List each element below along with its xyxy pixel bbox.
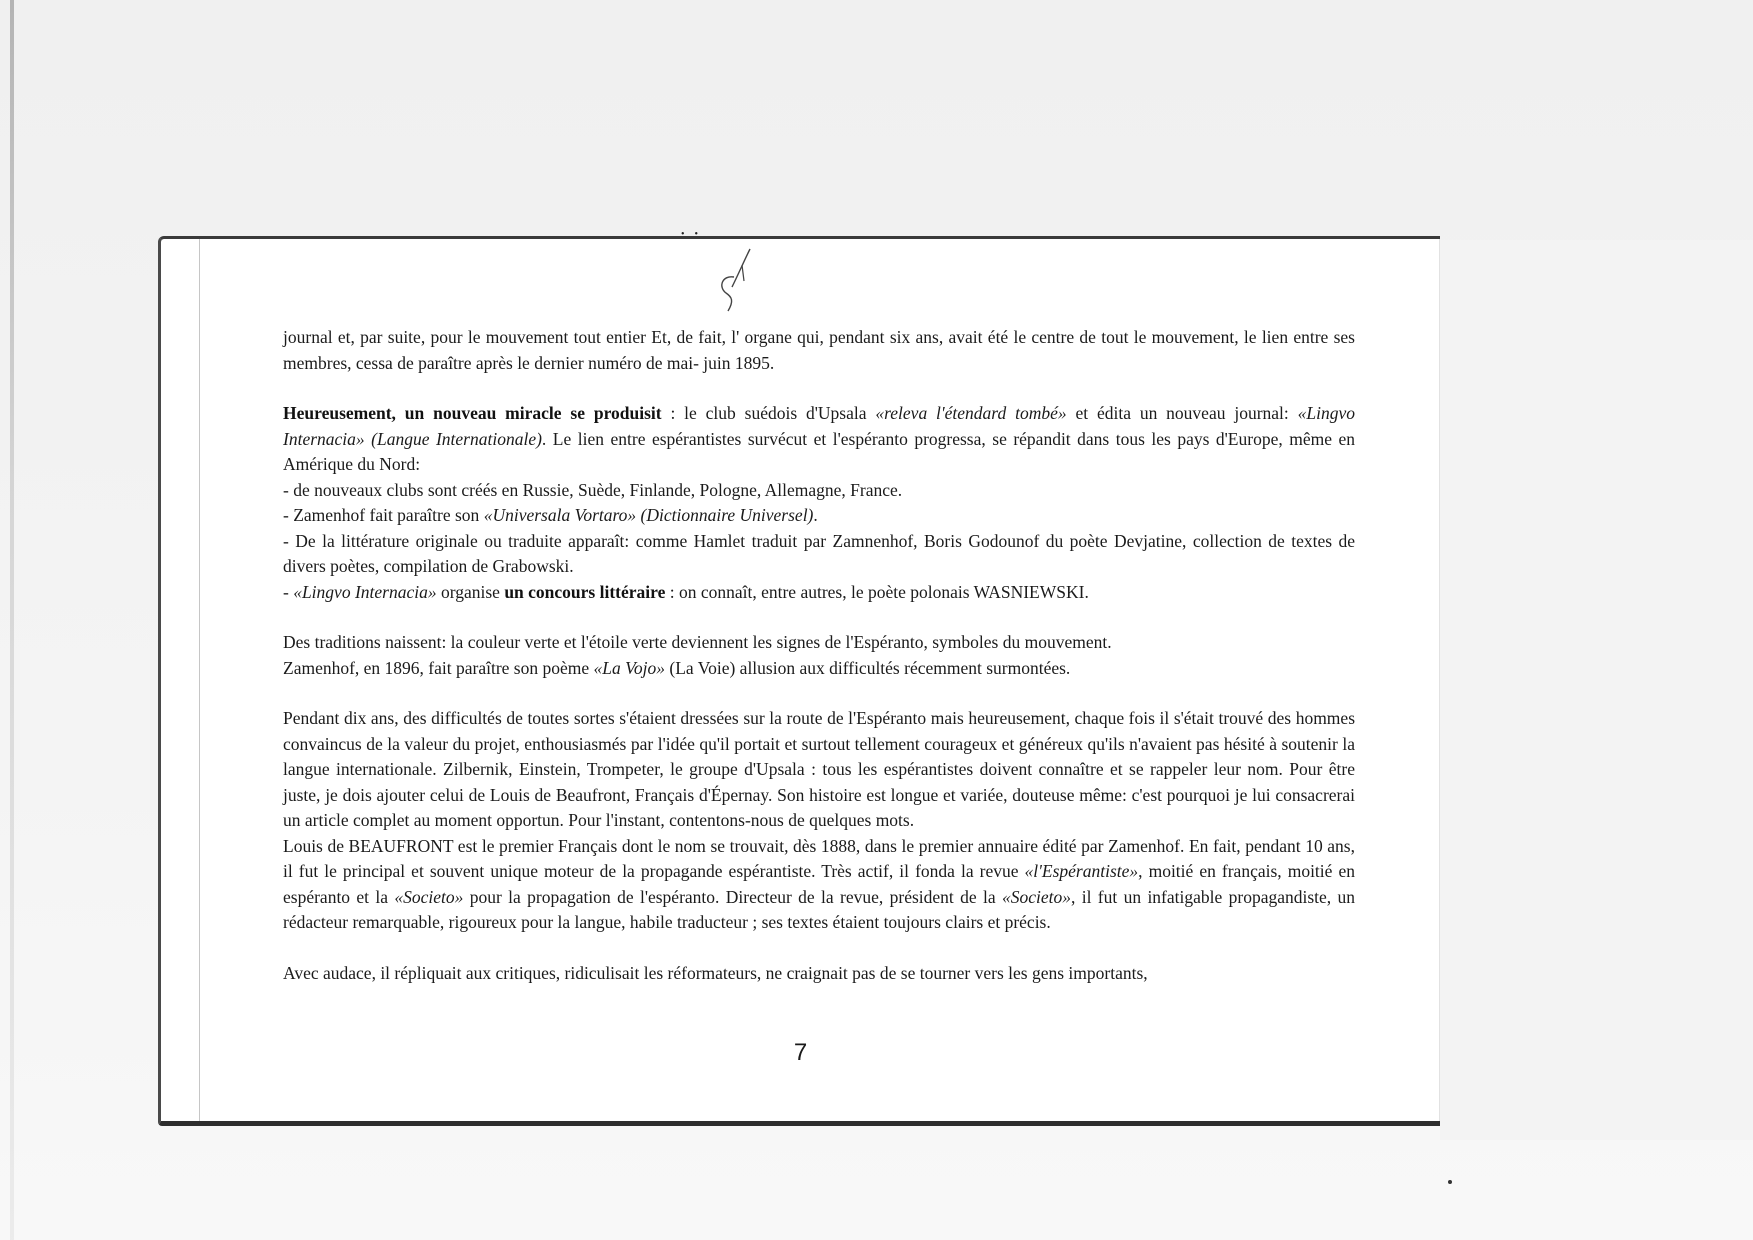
paragraph: Avec audace, il répliquait aux critiques…: [283, 961, 1355, 987]
text-run: et édita un nouveau journal:: [1067, 403, 1298, 423]
text-run: - De la littérature originale ou traduit…: [283, 531, 1355, 577]
scan-artifact-dots: ••: [681, 229, 708, 240]
text-run: (La Voie) allusion aux difficultés récem…: [665, 658, 1070, 678]
page-number: 7: [161, 1039, 1440, 1067]
italic-text: «releva l'étendard tombé»: [875, 403, 1066, 423]
list-item: - Zamenhof fait paraître son «Universala…: [283, 503, 1355, 529]
text-run: pour la propagation de l'espéranto. Dire…: [463, 887, 1002, 907]
bold-text: un concours littéraire: [504, 582, 665, 602]
page-fold-line: [199, 239, 200, 1121]
paragraph: Louis de BEAUFRONT est le premier França…: [283, 834, 1355, 936]
paragraph: Pendant dix ans, des difficultés de tout…: [283, 706, 1355, 834]
italic-text: «Societo»: [394, 887, 463, 907]
text-run: journal et, par suite, pour le mouvement…: [283, 327, 1355, 373]
text-run: Des traditions naissent: la couleur vert…: [283, 632, 1112, 652]
scan-artifact-dot: [1448, 1180, 1452, 1184]
paragraph: Des traditions naissent: la couleur vert…: [283, 630, 1355, 656]
page-edge: [1439, 239, 1440, 1121]
text-run: -: [283, 582, 293, 602]
page-body-text: journal et, par suite, pour le mouvement…: [283, 325, 1355, 986]
list-item: - «Lingvo Internacia» organise un concou…: [283, 580, 1355, 606]
paragraph: Zamenhof, en 1896, fait paraître son poè…: [283, 656, 1355, 682]
italic-text: «l'Espérantiste»: [1025, 861, 1139, 881]
text-run: - Zamenhof fait paraître son: [283, 505, 484, 525]
scan-edge: [10, 0, 14, 1240]
text-run: .: [813, 505, 817, 525]
italic-text: «La Vojo»: [594, 658, 665, 678]
handwritten-annotation-icon: [704, 247, 764, 317]
paragraph: journal et, par suite, pour le mouvement…: [283, 325, 1355, 376]
text-run: : le club suédois d'Upsala: [662, 403, 876, 423]
list-item: - de nouveaux clubs sont créés en Russie…: [283, 478, 1355, 504]
scan-background: [1440, 240, 1753, 1140]
text-run: - de nouveaux clubs sont créés en Russie…: [283, 480, 902, 500]
text-run: Pendant dix ans, des difficultés de tout…: [283, 708, 1355, 830]
text-run: Avec audace, il répliquait aux critiques…: [283, 963, 1148, 983]
text-run: Zamenhof, en 1896, fait paraître son poè…: [283, 658, 594, 678]
scanned-page: •• journal et, par suite, pour le mouvem…: [158, 236, 1440, 1126]
text-run: organise: [437, 582, 505, 602]
italic-text: «Lingvo Internacia»: [293, 582, 436, 602]
list-item: - De la littérature originale ou traduit…: [283, 529, 1355, 580]
bold-text: Heureusement, un nouveau miracle se prod…: [283, 403, 662, 423]
paragraph: Heureusement, un nouveau miracle se prod…: [283, 401, 1355, 478]
italic-text: «Universala Vortaro» (Dictionnaire Unive…: [484, 505, 814, 525]
text-run: : on connaît, entre autres, le poète pol…: [665, 582, 1088, 602]
italic-text: «Societo»: [1002, 887, 1071, 907]
